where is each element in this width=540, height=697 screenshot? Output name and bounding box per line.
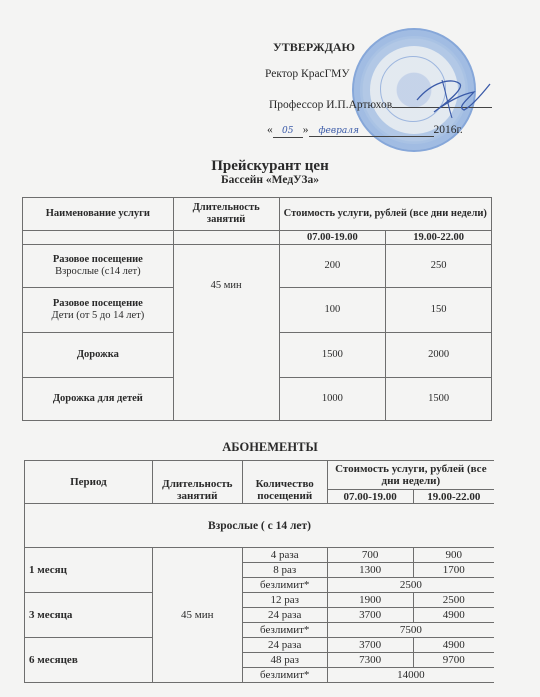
price-unlimited: 2500 [327,578,494,593]
table-row: 3 месяца 12 раз 1900 2500 [25,593,495,608]
approval-name: Профессор И.П.Артюхов [269,99,392,111]
visits-cell: безлимит* [242,578,327,593]
date-day: 05 [273,126,303,138]
date-month: февраля [309,126,434,137]
visits-cell: 4 раза [242,548,327,563]
visits-cell: 24 раза [242,608,327,623]
duration-cell: 45 мин [152,548,242,683]
empty-cell [173,231,279,245]
price-evening: 2500 [413,593,494,608]
price-evening: 250 [386,245,492,288]
signature-line [392,96,492,108]
price-evening: 4900 [413,638,494,653]
price-morning: 7300 [327,653,413,668]
approval-date: «05»февраля2016г. [267,124,463,138]
service-cell: Разовое посещениеДети (от 5 до 14 лет) [23,288,174,333]
price-morning: 3700 [327,638,413,653]
price-evening: 2000 [386,333,492,378]
table-header-row: Период Длительность занятий Количество п… [25,461,495,490]
service-cell: Дорожка для детей [23,378,174,421]
table-row: 1 месяц 45 мин 4 раза 700 900 [25,548,495,563]
price-evening: 9700 [413,653,494,668]
subscriptions-table: Период Длительность занятий Количество п… [24,460,494,683]
subscriptions-title: АБОНЕМЕНТЫ [0,440,540,455]
price-evening: 4900 [413,608,494,623]
header-slot-morning: 07.00-19.00 [279,231,386,245]
visits-cell: безлимит* [242,668,327,683]
group-row: Взрослые ( с 14 лет) [25,504,495,548]
price-morning: 700 [327,548,413,563]
empty-cell [23,231,174,245]
period-label: 6 месяцев [25,638,153,683]
service-cell: Разовое посещениеВзрослые (с14 лет) [23,245,174,288]
table-header-row: Наименование услуги Длительность занятий… [23,198,492,231]
header-duration: Длительность занятий [173,198,279,231]
service-note: Взрослые (с14 лет) [23,266,173,278]
header-duration: Длительность занятий [152,461,242,504]
visits-cell: 24 раза [242,638,327,653]
service-note: Дети (от 5 до 14 лет) [23,310,173,322]
price-morning: 100 [279,288,386,333]
date-year: 2016г. [434,124,463,136]
visits-cell: 48 раз [242,653,327,668]
approval-heading: УТВЕРЖДАЮ [273,40,355,55]
header-slot-evening: 19.00-22.00 [413,490,494,504]
service-title: Разовое посещение [23,254,173,266]
service-cell: Дорожка [23,333,174,378]
header-cost: Стоимость услуги, рублей (все дни недели… [279,198,491,231]
header-slot-morning: 07.00-19.00 [327,490,413,504]
price-evening: 1500 [386,378,492,421]
approval-position: Ректор КрасГМУ [265,68,350,80]
visits-cell: безлимит* [242,623,327,638]
table-row: 6 месяцев 24 раза 3700 4900 [25,638,495,653]
header-period: Период [25,461,153,504]
price-evening: 900 [413,548,494,563]
header-service-name: Наименование услуги [23,198,174,231]
service-title: Разовое посещение [23,298,173,310]
header-slot-evening: 19.00-22.00 [386,231,492,245]
price-morning: 1300 [327,563,413,578]
approval-name-line: Профессор И.П.Артюхов [269,96,492,111]
table-row: Разовое посещениеВзрослые (с14 лет) 45 м… [23,245,492,288]
services-price-table: Наименование услуги Длительность занятий… [22,197,492,421]
visits-cell: 8 раз [242,563,327,578]
stamp-emblem [380,56,446,122]
price-unlimited: 14000 [327,668,494,683]
group-label: Взрослые ( с 14 лет) [25,504,495,548]
price-morning: 200 [279,245,386,288]
header-visits: Количество посещений [242,461,327,504]
duration-cell: 45 мин [173,245,279,421]
price-morning: 3700 [327,608,413,623]
visits-cell: 12 раз [242,593,327,608]
page-title: Прейскурант цен [0,158,540,175]
price-unlimited: 7500 [327,623,494,638]
header-cost: Стоимость услуги, рублей (все дни недели… [327,461,494,490]
period-label: 1 месяц [25,548,153,593]
price-morning: 1000 [279,378,386,421]
price-evening: 150 [386,288,492,333]
price-morning: 1500 [279,333,386,378]
period-label: 3 месяца [25,593,153,638]
table-subheader-row: 07.00-19.00 19.00-22.00 [23,231,492,245]
price-morning: 1900 [327,593,413,608]
page-subtitle: Бассейн «МедУЗа» [0,174,540,186]
price-evening: 1700 [413,563,494,578]
